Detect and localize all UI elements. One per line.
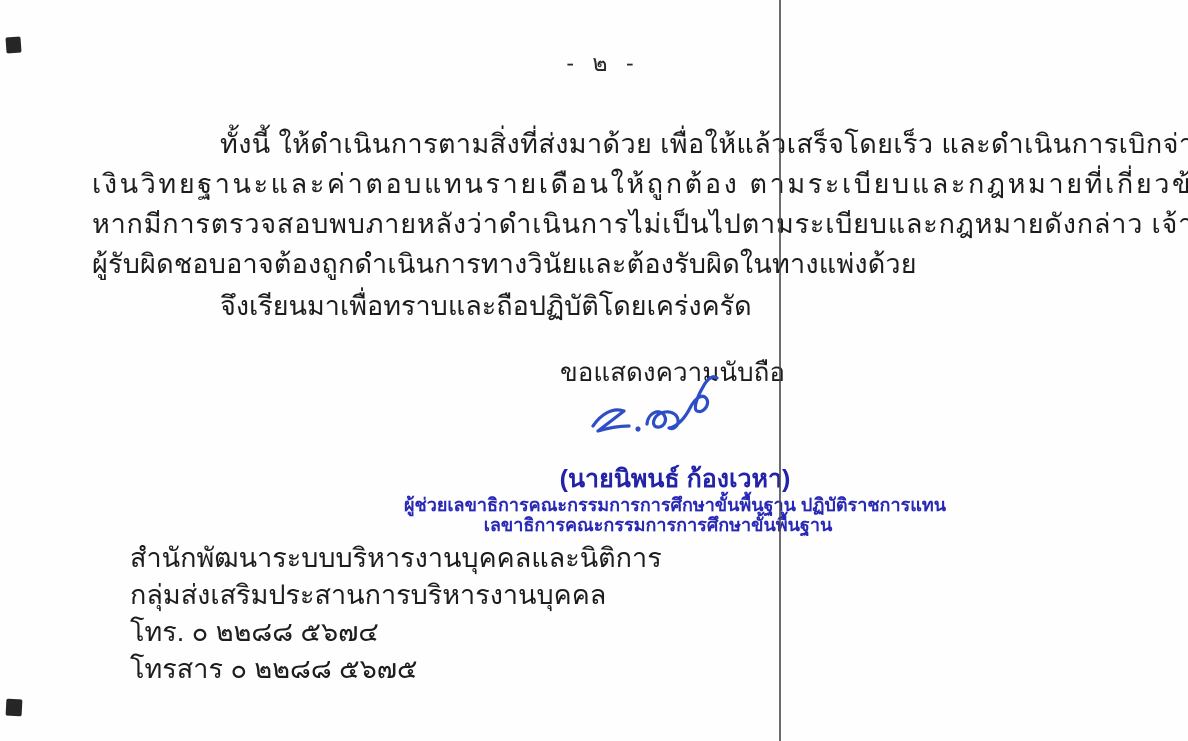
body-paragraph-line: เงินวิทยฐานะและค่าตอบแทนรายเดือนให้ถูกต้… bbox=[92, 164, 1124, 204]
body-paragraph-line: หากมีการตรวจสอบพบภายหลังว่าดำเนินการไม่เ… bbox=[92, 204, 1124, 244]
footer-office-name: สำนักพัฒนาระบบบริหารงานบุคคลและนิติการ bbox=[130, 540, 662, 577]
signature-ink bbox=[583, 368, 723, 458]
document-page: - ๒ - ทั้งนี้ ให้ดำเนินการตามสิ่งที่ส่งม… bbox=[0, 0, 1188, 741]
signature-stroke bbox=[593, 410, 629, 431]
signature-dot bbox=[635, 426, 640, 431]
signature-flourish bbox=[647, 377, 717, 429]
footer-group-name: กลุ่มส่งเสริมประสานการบริหารงานบุคคล bbox=[130, 577, 606, 614]
body-paragraph-line: ทั้งนี้ ให้ดำเนินการตามสิ่งที่ส่งมาด้วย … bbox=[92, 124, 1188, 164]
body-paragraph-line: ผู้รับผิดชอบอาจต้องถูกดำเนินการทางวินัยแ… bbox=[92, 244, 1124, 284]
page-fold-line bbox=[779, 0, 781, 741]
closing-line: จึงเรียนมาเพื่อทราบและถือปฏิบัติโดยเคร่ง… bbox=[220, 286, 752, 326]
scan-mark-bottom-icon bbox=[6, 699, 23, 717]
signatory-title-line2: เลขาธิการคณะกรรมการการศึกษาขั้นพื้นฐาน bbox=[398, 510, 918, 539]
footer-phone: โทร. ๐ ๒๒๘๘ ๕๖๗๔ bbox=[130, 614, 379, 651]
page-number: - ๒ - bbox=[543, 46, 663, 82]
footer-fax: โทรสาร ๐ ๒๒๘๘ ๕๖๗๕ bbox=[130, 651, 418, 688]
scan-mark-top-icon bbox=[5, 36, 21, 53]
